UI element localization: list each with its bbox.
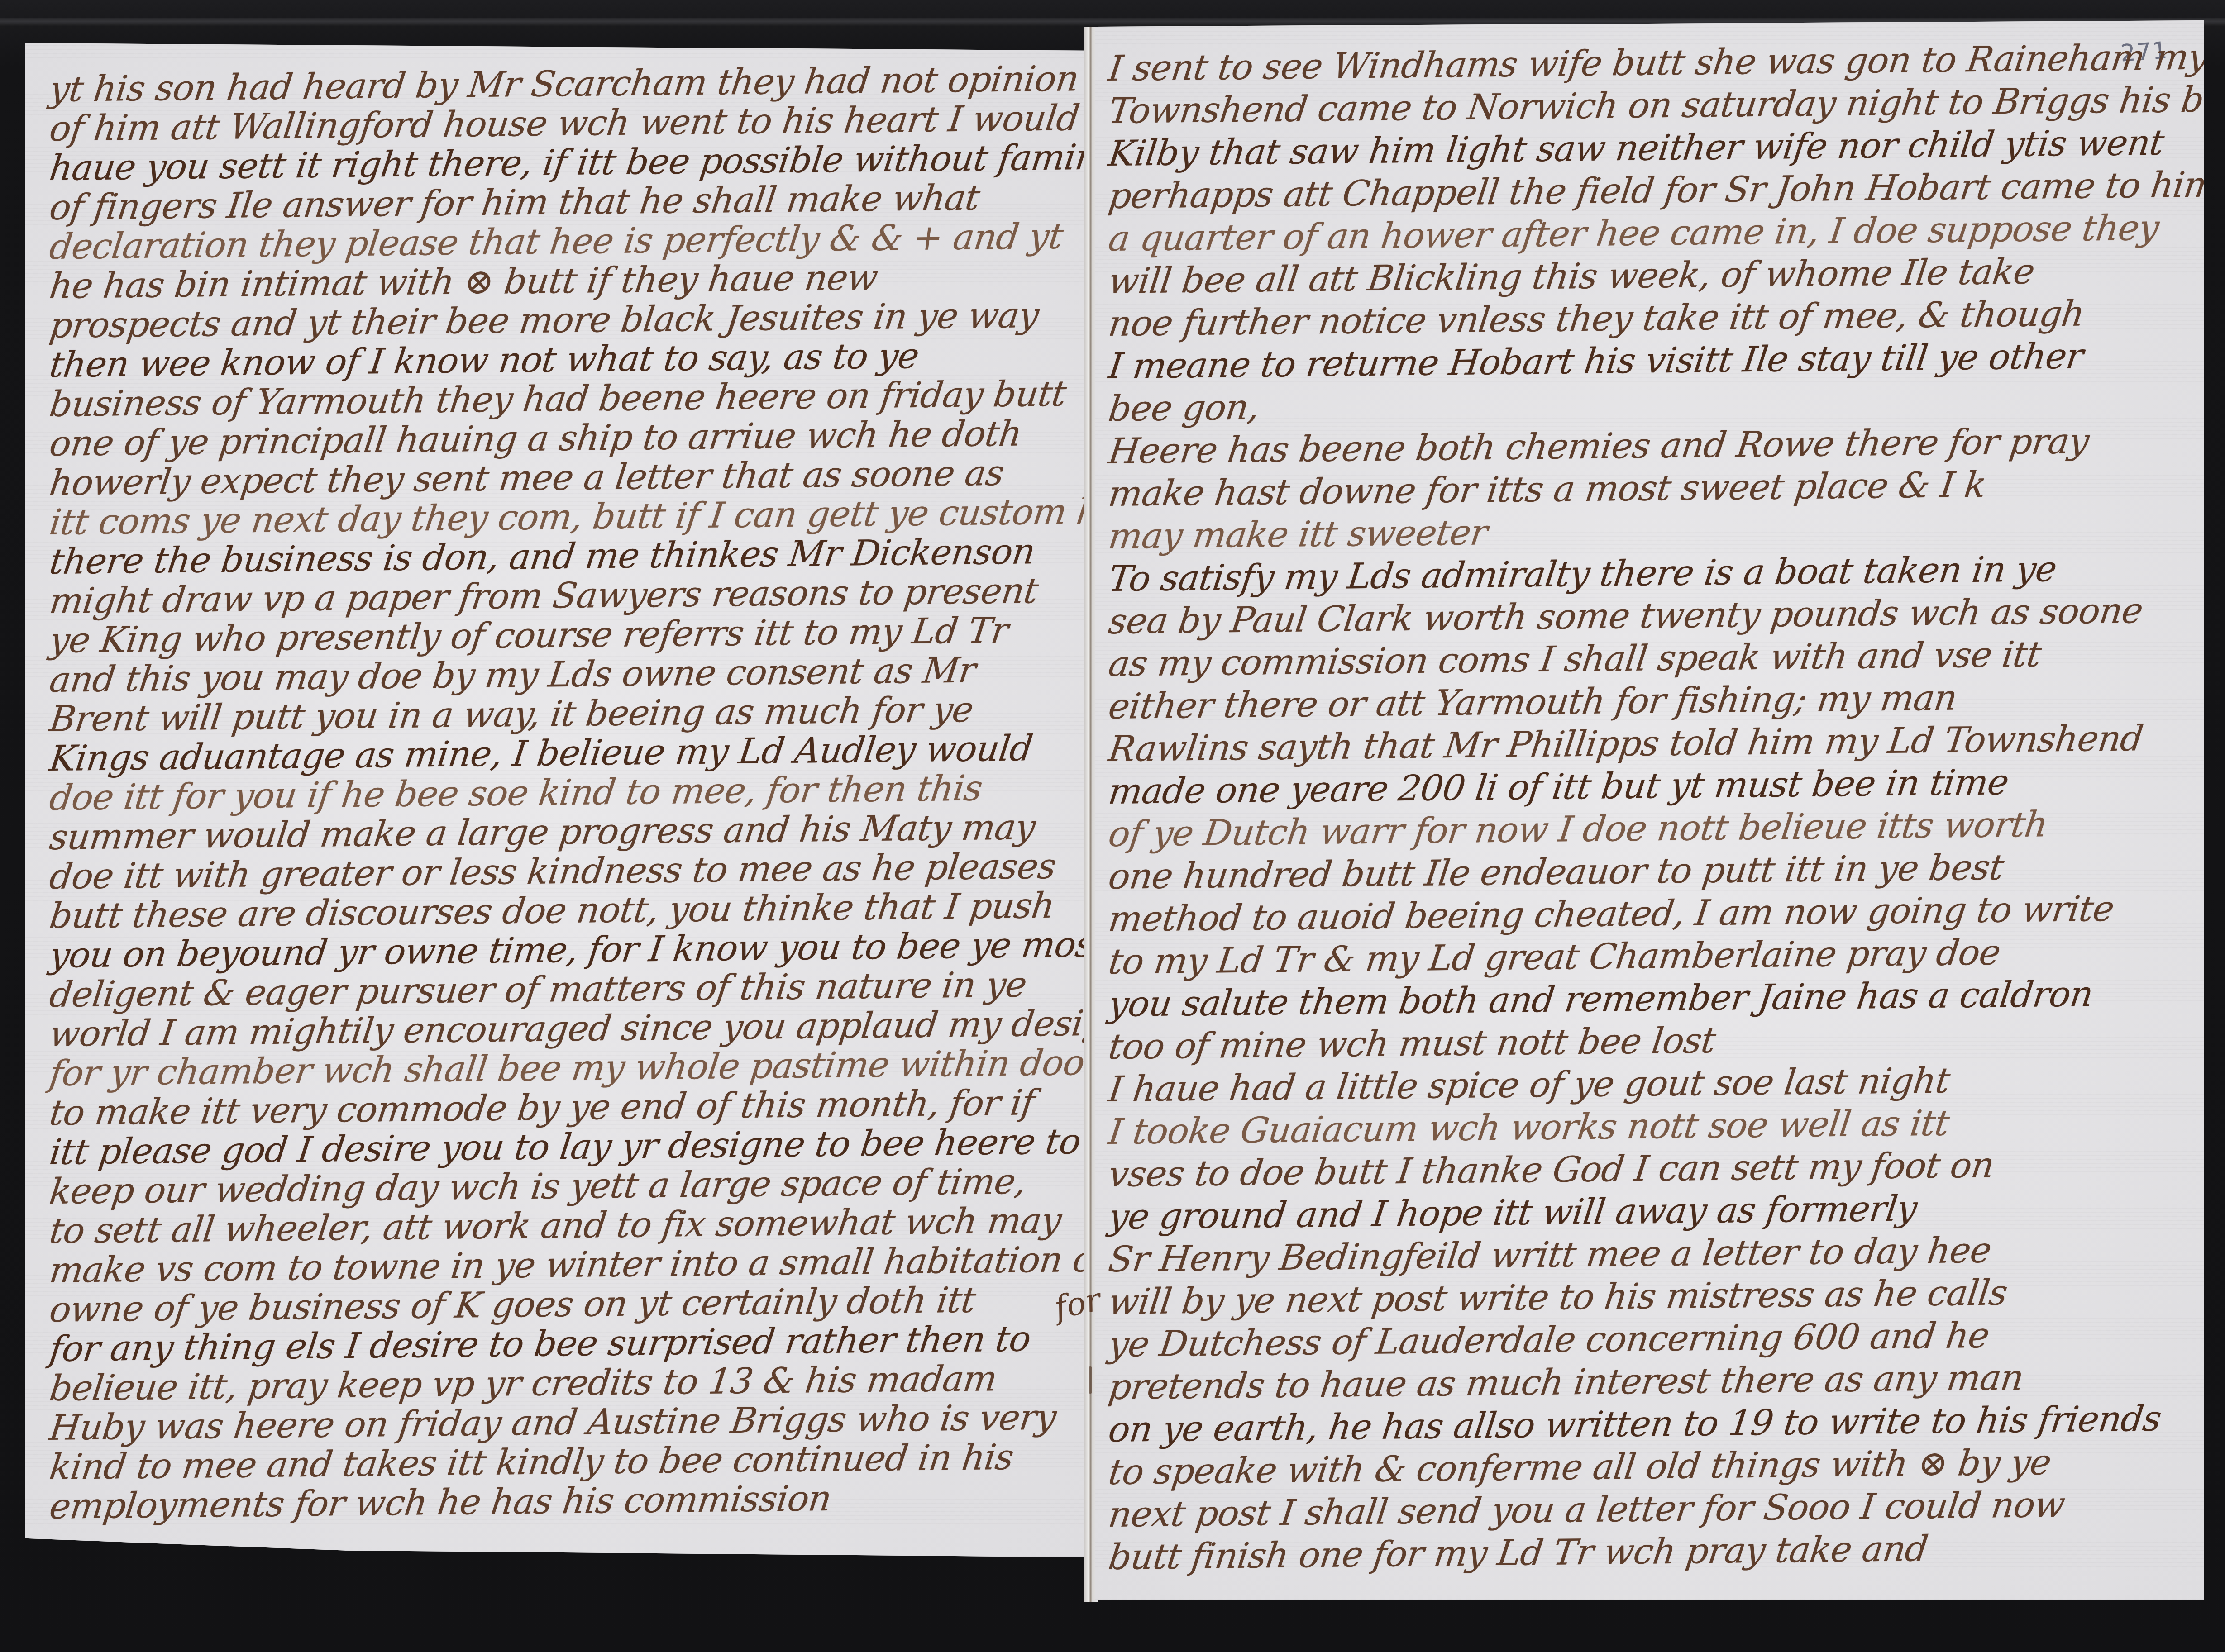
left-page: yt his son had heard by Mr Scarcham they… bbox=[25, 43, 1086, 1557]
right-page: 271 I sent to see Windhams wife butt she… bbox=[1095, 20, 2204, 1600]
left-page-text: yt his son had heard by Mr Scarcham they… bbox=[50, 70, 1064, 1527]
gutter-stain bbox=[1089, 1366, 1092, 1394]
right-page-text: I sent to see Windhams wife butt she was… bbox=[1109, 48, 2186, 1579]
